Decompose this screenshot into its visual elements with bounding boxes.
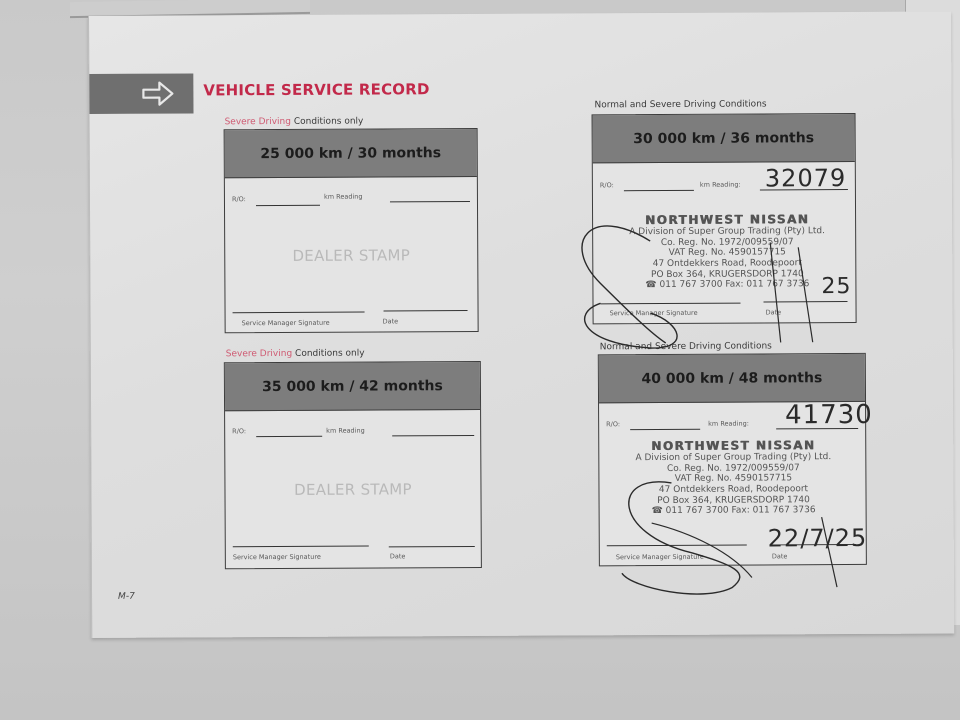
ro-label: R/O: [600, 181, 614, 189]
ro-field[interactable] [256, 205, 320, 206]
ro-label: R/O: [232, 195, 246, 203]
service-interval: 25 000 km / 30 months [225, 129, 477, 178]
signature-label: Service Manager Signature [616, 553, 704, 561]
signature-label: Service Manager Signature [233, 553, 321, 561]
handwritten-date: 22/7/25 [768, 524, 868, 553]
page-title: VEHICLE SERVICE RECORD [203, 80, 429, 99]
date-label: Date [383, 317, 399, 325]
condition-text: Conditions only [292, 349, 364, 359]
dealer-name: NORTHWEST NISSAN [599, 212, 855, 227]
handwritten-date: 25 [821, 274, 851, 299]
service-card-35000: 35 000 km / 42 months R/O: km Reading DE… [224, 361, 482, 569]
stamp-line: A Division of Super Group Trading (Pty) … [605, 452, 861, 464]
condition-text: Normal and Severe Driving Conditions [594, 99, 766, 110]
card-condition-label: Severe Driving Conditions only [225, 117, 364, 128]
handwritten-km-reading: 41730 [785, 400, 873, 430]
signature-field[interactable] [601, 303, 741, 305]
km-reading-field[interactable] [392, 435, 474, 436]
ro-field[interactable] [630, 429, 700, 430]
card-condition-label: Severe Driving Conditions only [226, 349, 365, 360]
condition-text: Conditions only [291, 117, 363, 127]
service-interval: 30 000 km / 36 months [593, 114, 855, 163]
stamp-line: ☎ 011 767 3700 Fax: 011 767 3736 [606, 505, 862, 517]
dealer-stamp: NORTHWEST NISSAN A Division of Super Gro… [599, 212, 855, 291]
dealer-stamp: NORTHWEST NISSAN A Division of Super Gro… [605, 438, 861, 517]
km-reading-label: km Reading [324, 193, 363, 201]
date-label: Date [766, 308, 782, 316]
signature-label: Service Manager Signature [242, 319, 330, 327]
service-card-30000: 30 000 km / 36 months R/O: km Reading: 3… [592, 113, 857, 324]
page-number: M-7 [118, 592, 135, 602]
stamp-line: ☎ 011 767 3700 Fax: 011 767 3736 [599, 279, 855, 291]
ro-label: R/O: [606, 420, 620, 428]
section-marker [89, 73, 193, 114]
dealer-stamp-placeholder: DEALER STAMP [225, 480, 480, 499]
date-field[interactable] [384, 310, 468, 311]
km-reading-label: km Reading [326, 427, 365, 435]
signature-label: Service Manager Signature [610, 309, 698, 317]
dealer-name: NORTHWEST NISSAN [605, 438, 861, 453]
condition-text: Normal and Severe Driving Conditions [600, 341, 772, 352]
severe-driving-highlight: Severe Driving [225, 117, 291, 127]
signature-field[interactable] [607, 545, 747, 547]
ro-km-row: R/O: km Reading [232, 194, 470, 195]
km-reading-field[interactable] [390, 201, 470, 202]
signature-field[interactable] [233, 312, 365, 314]
signature-field[interactable] [233, 546, 369, 548]
stamp-line: A Division of Super Group Trading (Pty) … [599, 226, 855, 238]
service-card-25000: 25 000 km / 30 months R/O: km Reading DE… [224, 128, 479, 333]
ro-km-row: R/O: km Reading [232, 426, 473, 427]
card-condition-label: Normal and Severe Driving Conditions [594, 99, 766, 110]
ro-field[interactable] [624, 190, 694, 191]
severe-driving-highlight: Severe Driving [226, 349, 292, 359]
date-field[interactable] [764, 301, 848, 302]
ro-label: R/O: [232, 427, 246, 435]
handwritten-km-reading: 32079 [765, 164, 847, 192]
ro-field[interactable] [256, 436, 322, 437]
card-condition-label: Normal and Severe Driving Conditions [600, 341, 772, 352]
right-arrow-icon [141, 81, 175, 107]
km-reading-label: km Reading: [700, 181, 741, 189]
date-label: Date [390, 552, 406, 560]
service-interval: 35 000 km / 42 months [225, 362, 480, 411]
service-booklet-page: VEHICLE SERVICE RECORD Severe Driving Co… [88, 11, 954, 638]
date-field[interactable] [389, 546, 475, 547]
dealer-stamp-placeholder: DEALER STAMP [225, 246, 477, 265]
date-label: Date [772, 552, 788, 560]
service-card-40000: 40 000 km / 48 months R/O: km Reading: 4… [598, 353, 867, 566]
km-reading-label: km Reading: [708, 420, 749, 428]
service-interval: 40 000 km / 48 months [599, 354, 865, 403]
